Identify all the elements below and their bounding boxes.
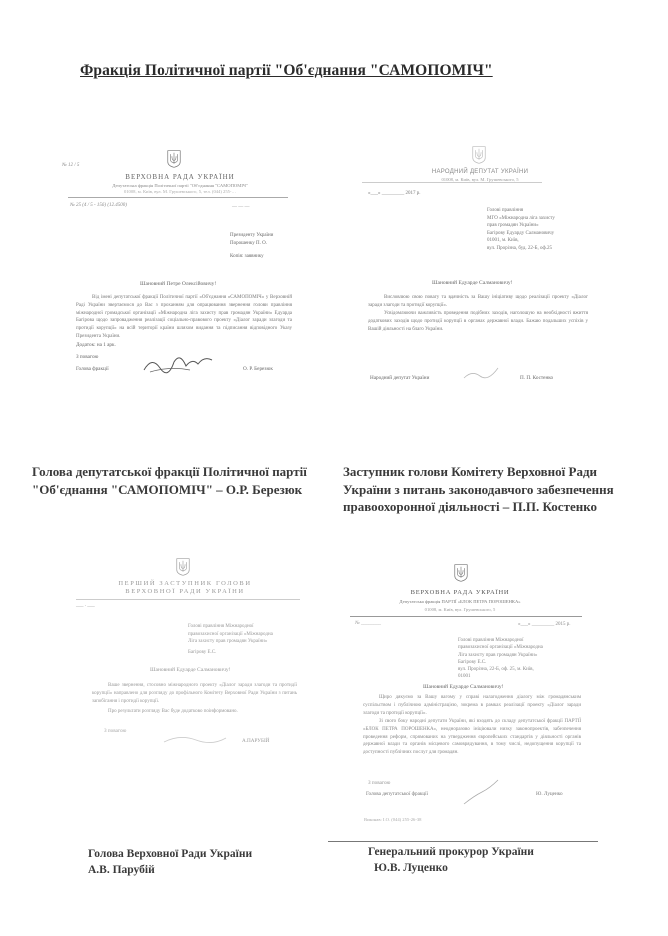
coat-of-arms-icon [167, 150, 181, 168]
date-line: «___» _________ 2015 р. [518, 621, 571, 629]
letter-org: ВЕРХОВНА РАДА УКРАЇНИ [390, 589, 530, 596]
handwritten-ref: № 12 / 5 [62, 163, 79, 168]
signer-name: Ю. Луценко [536, 791, 563, 797]
letter-org-line2: ВЕРХОВНОЇ РАДИ УКРАЇНИ [100, 588, 270, 595]
letter-suborg: Депутатська фракція Політичної партії "О… [70, 183, 290, 188]
signer-name: П. П. Костенко [520, 375, 553, 381]
letter-org-line1: ПЕРШИЙ ЗАСТУПНИК ГОЛОВИ [100, 580, 270, 587]
recipient-block: Президенту України Порошенку П. О. Копія… [230, 232, 273, 261]
letter-org: НАРОДНИЙ ДЕПУТАТ УКРАЇНИ [400, 169, 560, 175]
letter-footer: Виконав: І.О. (044) 255-26-38 [364, 817, 421, 822]
letter-body-p1: Щиро дякуємо за Вашу вагому у справі нал… [363, 694, 581, 717]
recipient-block: Голові правління Міжнародної правозахисн… [188, 623, 273, 656]
signature-icon [462, 366, 502, 380]
closing: З повагою [76, 354, 98, 360]
header-rule [350, 616, 582, 617]
outgoing-number: № 25 (4 / 5 - 156) (12.4500) [70, 203, 127, 208]
caption-kostenko: Заступник голови Комітету Верховної Ради… [343, 463, 614, 516]
header-rule [76, 599, 300, 600]
letter-body-p1: Ваше звернення, стосовно міжнародного пр… [92, 682, 297, 705]
header-rule [362, 182, 542, 183]
reg-number: ___ . ___ [76, 603, 95, 608]
salutation: Шановний Едуарде Салмановичу! [423, 684, 503, 690]
salutation: Шановний Едуарде Салмановичу! [432, 280, 512, 286]
divider-rule [328, 841, 598, 842]
outgoing-number: № ________ [355, 621, 381, 626]
signer-title: Голова депутатської фракції [366, 791, 428, 797]
letter-body: Від імені депутатської фракції Політично… [76, 294, 292, 341]
letter-body-p1: Висловлюю свою повагу та вдячність за Ва… [368, 294, 588, 310]
signature-icon [460, 778, 500, 806]
letter-body-p2: Зі свого боку народні депутати України, … [363, 718, 581, 757]
letter-suborg: Депутатська фракція ПАРТІЇ «БЛОК ПЕТРА П… [360, 599, 560, 604]
letter-body-p2: Про результати розгляду Вас буде додатко… [92, 708, 297, 716]
attachment-note: Додаток: на 1 арк. [76, 342, 116, 348]
signature-icon [140, 348, 220, 376]
closing: З повагою [368, 780, 390, 786]
coat-of-arms-icon [472, 146, 486, 164]
letter-body-p2: Усвідомлюючи важливість проведення подіб… [368, 310, 588, 333]
date-line: «___» _________ 2017 р. [368, 190, 421, 198]
coat-of-arms-icon [176, 558, 190, 576]
coat-of-arms-icon [454, 564, 468, 582]
letter-org: ВЕРХОВНА РАДА УКРАЇНИ [80, 173, 280, 181]
caption-parubiy: Голова Верховної Ради України А.В. Паруб… [88, 847, 252, 878]
page-title: Фракція Політичної партії "Об'єднання "С… [80, 62, 493, 80]
signature-icon [160, 732, 230, 746]
salutation: Шановний Петре Олексійовичу! [140, 281, 216, 287]
signer-name: О. Р. Березюк [243, 366, 273, 372]
caption-berezyuk: Голова депутатської фракції Політичної п… [32, 463, 307, 498]
handwritten-date: __ __ __ [232, 203, 250, 208]
signer-name: А.ПАРУБІЙ [242, 738, 269, 744]
header-rule [68, 197, 288, 198]
signer-title: Голова фракції [76, 366, 109, 372]
closing: З повагою [104, 728, 126, 734]
caption-lutsenko: Генеральний прокурор України Ю.В. Луценк… [368, 845, 534, 876]
recipient-block: Голові правління Міжнародної правозахисн… [458, 637, 543, 681]
salutation: Шановний Едуарде Салмановичу! [150, 667, 230, 673]
signer-title: Народний депутат України [370, 375, 429, 381]
letter-address: 01008, м. Київ, вул. М. Грушевського, 5,… [70, 189, 290, 194]
recipient-block: Голові правління МГО «Міжнародна ліга за… [487, 207, 555, 252]
letter-address: 01008, м. Київ, вул. Грушевського, 5 [360, 607, 560, 612]
